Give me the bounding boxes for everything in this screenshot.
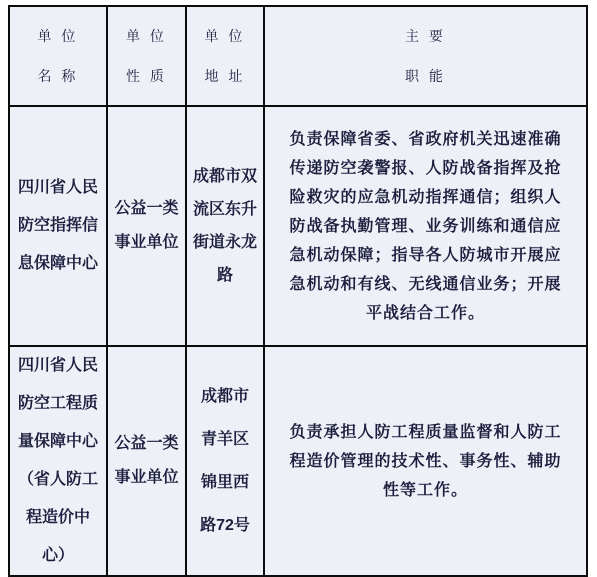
cell-unit-address: 成都市双 流区东升 街道永龙 路 — [186, 106, 264, 346]
table-row: 四川省人民 防空工程质 量保障中心 （省人防工 程造价中 心） 公益一类 事业单… — [9, 346, 587, 563]
table-row: 四川省人民 防空指挥信 息保障中心 公益一类 事业单位 成都市双 流区东升 街道… — [9, 106, 587, 346]
table-header-row: 单 位 名 称 单 位 性 质 单 位 地 址 主 要 职 能 — [9, 6, 587, 106]
cell-unit-name: 四川省人民 防空工程质 量保障中心 （省人防工 程造价中 心） — [9, 346, 107, 563]
cell-main-functions: 负责保障省委、省政府机关迅速准确 传递防空袭警报、人防战备指挥及抢 险救灾的应急… — [264, 106, 587, 346]
header-cell-unit-name: 单 位 名 称 — [9, 6, 107, 106]
cell-unit-name: 四川省人民 防空指挥信 息保障中心 — [9, 106, 107, 346]
units-table: 单 位 名 称 单 位 性 质 单 位 地 址 主 要 职 能 四川省人民 防空… — [8, 5, 588, 563]
cell-unit-nature: 公益一类 事业单位 — [107, 346, 186, 563]
header-cell-unit-nature: 单 位 性 质 — [107, 6, 186, 106]
header-cell-main-functions: 主 要 职 能 — [264, 6, 587, 106]
cell-main-functions: 负责承担人防工程质量监督和人防工 程造价管理的技术性、事务性、辅助 性等工作。 — [264, 346, 587, 563]
document-page: 单 位 名 称 单 位 性 质 单 位 地 址 主 要 职 能 四川省人民 防空… — [8, 5, 588, 563]
header-cell-unit-address: 单 位 地 址 — [186, 6, 264, 106]
cell-unit-nature: 公益一类 事业单位 — [107, 106, 186, 346]
cell-unit-address: 成都市 青羊区 锦里西 路72号 — [186, 346, 264, 563]
